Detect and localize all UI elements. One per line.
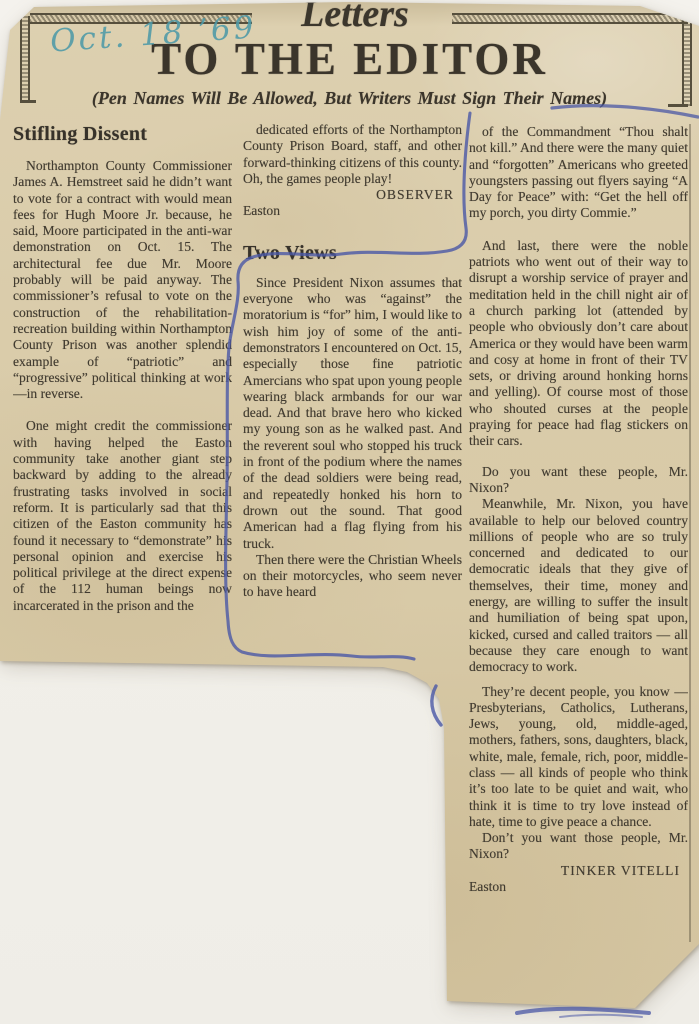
printed-column-rule	[689, 124, 691, 942]
paragraph: of the Commandment “Thou shalt not kill.…	[469, 124, 688, 222]
masthead-rule-right	[452, 13, 688, 24]
clipping-paper: Letters TO THE EDITOR (Pen Names Will Be…	[0, 0, 699, 1024]
signature: OBSERVER	[243, 187, 462, 203]
paragraph: Since President Nixon assumes that every…	[243, 275, 462, 552]
signature: TINKER VITELLI	[469, 863, 688, 879]
paragraph: Northampton County Commissioner James A.…	[13, 158, 232, 402]
masthead-kicker: Letters	[262, 0, 448, 36]
column-1: Stifling Dissent Northampton County Comm…	[13, 122, 232, 658]
paragraph: They’re decent people, you know — Presby…	[469, 684, 688, 831]
column-2: dedicated efforts of the Northampton Cou…	[243, 122, 462, 662]
paragraph: Meanwhile, Mr. Nixon, you have available…	[469, 496, 688, 675]
paragraph: Don’t you want those people, Mr. Nixon?	[469, 830, 688, 863]
masthead-subtitle: (Pen Names Will Be Allowed, But Writers …	[0, 88, 699, 109]
paragraph: dedicated efforts of the Northampton Cou…	[243, 122, 462, 187]
signature-place: Easton	[243, 203, 462, 219]
paragraph: One might credit the commissioner with h…	[13, 418, 232, 614]
column-3: of the Commandment “Thou shalt not kill.…	[469, 124, 688, 1000]
paragraph: Then there were the Christian Wheels on …	[243, 552, 462, 601]
paragraph: Do you want these people, Mr. Nixon?	[469, 464, 688, 497]
ink-corner-mark	[684, 0, 699, 11]
newspaper-clipping: Letters TO THE EDITOR (Pen Names Will Be…	[0, 0, 699, 1024]
scan-background: Letters TO THE EDITOR (Pen Names Will Be…	[0, 0, 699, 1024]
letter-2-heading: Two Views	[243, 241, 462, 265]
paragraph: And last, there were the noble patriots …	[469, 238, 688, 450]
signature-place: Easton	[469, 879, 688, 895]
letter-1-heading: Stifling Dissent	[13, 122, 232, 146]
